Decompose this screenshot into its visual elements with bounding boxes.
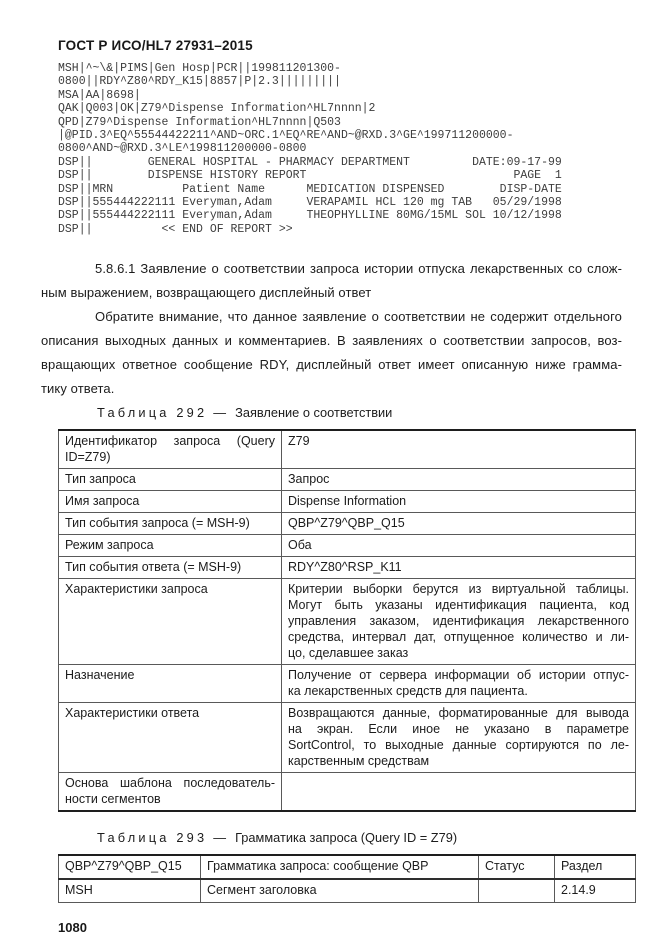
label-line: ности сегментов [65,791,275,807]
segment-description: Сегмент заголовка [201,879,479,903]
row-value [282,773,636,812]
table-caption-title: Заявление о соответствии [235,405,392,420]
row-value: QBP^Z79^QBP_Q15 [282,513,636,535]
row-label: Тип события запроса (= MSH-9) [59,513,282,535]
value-line: карственным средствам [288,753,629,769]
table-292-caption: Таблица 292—Заявление о соответствии [97,403,622,423]
table-row: Идентификатор запроса (Query ID=Z79) Z79 [59,430,636,469]
row-label: Идентификатор запроса (Query ID=Z79) [59,430,282,469]
table-caption-label: Таблица 292 [97,405,207,420]
table-caption-dash: — [213,405,226,420]
table-caption-label: Таблица 293 [97,830,207,845]
table-row: Характеристики запроса Критерии выборки … [59,579,636,665]
table-293-caption: Таблица 293—Грамматика запроса (Query ID… [97,828,622,848]
table-row: Тип события запроса (= MSH-9) QBP^Z79^QB… [59,513,636,535]
label-line: Идентификатор запроса (Query [65,433,275,449]
label-line: ID=Z79) [65,449,275,465]
value-line: средства, интервал дат, отпущенное колич… [288,629,629,645]
document-page: ГОСТ Р ИСО/HL7 27931–2015 MSH|^~\&|PIMS|… [0,0,661,935]
row-label: Характеристики ответа [59,703,282,773]
row-value: Запрос [282,469,636,491]
table-row: Тип запроса Запрос [59,469,636,491]
table-row: Назначение Получение от сервера информац… [59,665,636,703]
heading-line: 5.8.6.1 Заявление о соответствии запроса… [41,257,622,281]
row-label: Режим запроса [59,535,282,557]
table-header-row: QBP^Z79^QBP_Q15 Грамматика запроса: сооб… [59,855,636,879]
grammar-message-type: QBP^Z79^QBP_Q15 [59,855,201,879]
table-row: Тип события ответа (= MSH-9) RDY^Z80^RSP… [59,557,636,579]
value-line: Могут быть указаны идентификация пациент… [288,597,629,613]
row-value: Dispense Information [282,491,636,513]
row-label: Назначение [59,665,282,703]
table-row: MSH Сегмент заголовка 2.14.9 [59,879,636,903]
row-label: Имя запроса [59,491,282,513]
paragraph-line: Обратите внимание, что данное заявление … [41,305,622,329]
row-label: Тип запроса [59,469,282,491]
row-label: Характеристики запроса [59,579,282,665]
grammar-title: Грамматика запроса: сообщение QBP [201,855,479,879]
row-label: Основа шаблона последователь- ности сегм… [59,773,282,812]
paragraph-line: описания выходных данных и комментариев.… [41,329,622,353]
gost-standard-header: ГОСТ Р ИСО/HL7 27931–2015 [58,38,622,53]
row-value: Z79 [282,430,636,469]
label-line: Основа шаблона последователь- [65,775,275,791]
query-grammar-table: QBP^Z79^QBP_Q15 Грамматика запроса: сооб… [58,854,636,903]
row-value: Оба [282,535,636,557]
table-caption-dash: — [213,830,226,845]
section-heading: 5.8.6.1 Заявление о соответствии запроса… [41,257,622,305]
table-caption-title: Грамматика запроса (Query ID = Z79) [235,830,457,845]
value-line: Получение от сервера информации об истор… [288,667,629,683]
value-line: цо, сделавшее заказ [288,645,629,661]
value-line: Критерии выборки берутся из виртуальной … [288,581,629,597]
row-value: Получение от сервера информации об истор… [282,665,636,703]
section-column-header: Раздел [555,855,636,879]
paragraph-line: тику ответа. [41,377,622,401]
heading-line: ным выражением, возвращающего дисплейный… [41,281,622,305]
row-value: Возвращаются данные, форматированные для… [282,703,636,773]
value-line: Возвращаются данные, форматированные для… [288,705,629,721]
paragraph-line: вращающих ответное сообщение RDY, диспле… [41,353,622,377]
conformance-statement-table: Идентификатор запроса (Query ID=Z79) Z79… [58,429,636,812]
segment-section: 2.14.9 [555,879,636,903]
body-paragraph: Обратите внимание, что данное заявление … [41,305,622,401]
value-line: ка лекарственных средств для пациента. [288,683,629,699]
value-line: SortControl, то выходные данные сортирую… [288,737,629,753]
status-column-header: Статус [479,855,555,879]
page-number: 1080 [58,920,622,935]
row-value: Критерии выборки берутся из виртуальной … [282,579,636,665]
page-content: ГОСТ Р ИСО/HL7 27931–2015 MSH|^~\&|PIMS|… [41,38,622,935]
table-row: Характеристики ответа Возвращаются данны… [59,703,636,773]
value-line: на экран. Если иное не указано в парамет… [288,721,629,737]
segment-code: MSH [59,879,201,903]
table-row: Режим запроса Оба [59,535,636,557]
table-row: Основа шаблона последователь- ности сегм… [59,773,636,812]
hl7-message-listing: MSH|^~\&|PIMS|Gen Hosp|PCR||199811201300… [58,62,622,236]
row-label: Тип события ответа (= MSH-9) [59,557,282,579]
row-value: RDY^Z80^RSP_K11 [282,557,636,579]
value-line: управления заказом, идентификация лекарс… [288,613,629,629]
table-row: Имя запроса Dispense Information [59,491,636,513]
segment-status [479,879,555,903]
